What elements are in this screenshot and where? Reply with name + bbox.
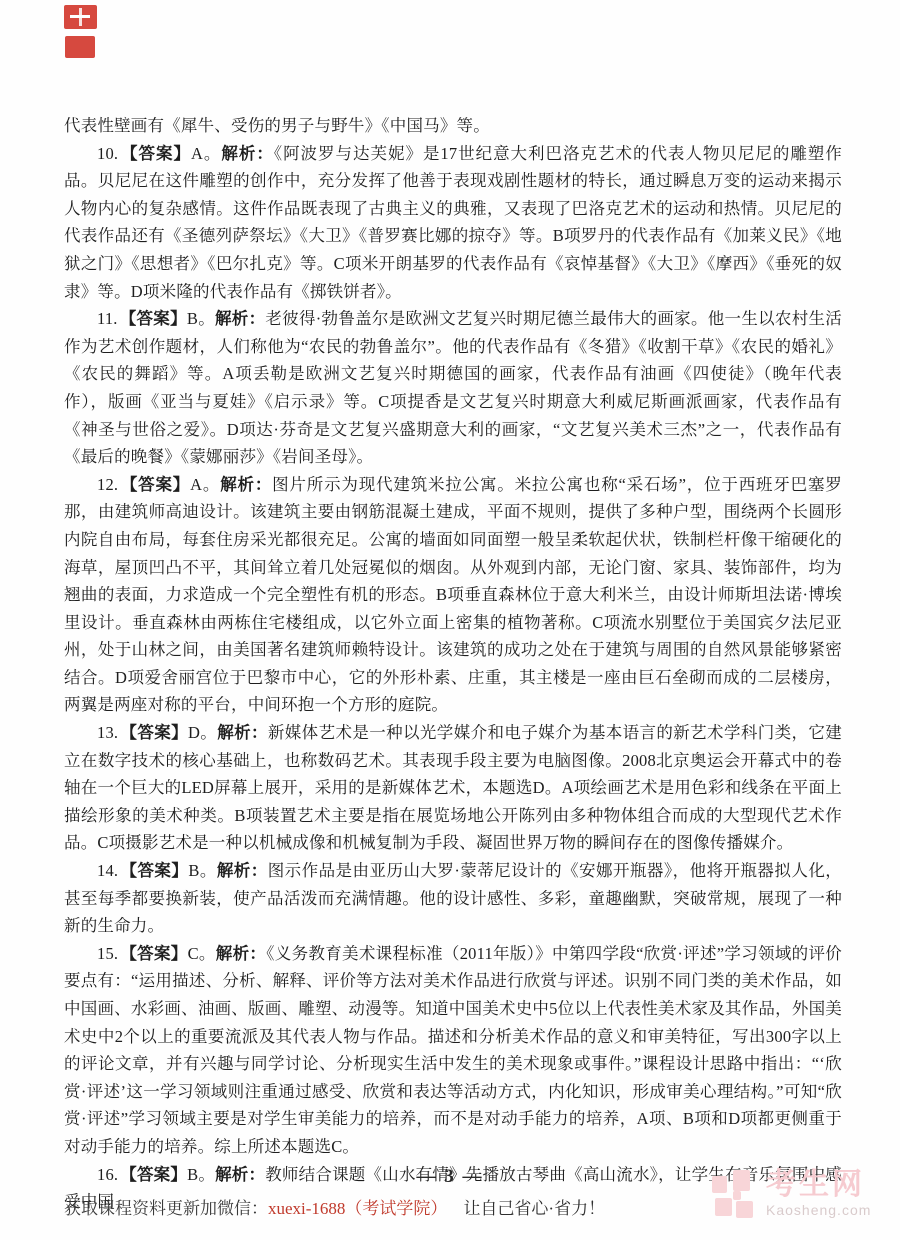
site-name: 考生网 [766, 1170, 871, 1200]
stamp-notch-vertical [79, 8, 82, 26]
answer-label: 【答案】 [120, 144, 191, 163]
analysis-text: 新媒体艺术是一种以光学媒介和电子媒介为基本语言的新艺术学科门类，它建立在数字技术… [64, 723, 842, 852]
analysis-label: 解析： [217, 861, 268, 880]
answer-letter: D。 [188, 723, 217, 742]
site-domain: Kaosheng.com [766, 1203, 871, 1217]
answer-item-13: 13.【答案】D。解析：新媒体艺术是一种以光学媒介和电子媒介为基本语言的新艺术学… [64, 719, 842, 857]
logo-block [733, 1191, 741, 1200]
kaosheng-logo: 考生网 Kaosheng.com [712, 1170, 871, 1222]
footer-promo-line: 获取课程资料更新加微信：xuexi-1688（考试学院）让自己省心·省力！ [64, 1194, 605, 1219]
answer-item-14: 14.【答案】B。解析：图示作品是由亚历山大罗·蒙蒂尼设计的《安娜开瓶器》，他将… [64, 857, 842, 940]
logo-block [733, 1170, 750, 1191]
answer-label: 【答案】 [120, 723, 188, 742]
item-number: 11. [97, 309, 118, 328]
answer-label: 【答案】 [120, 475, 190, 494]
analysis-label: 解析： [221, 144, 273, 163]
footer-prefix: 获取课程资料更新加微信： [64, 1199, 268, 1218]
footer-slogan: 让自己省心·省力！ [463, 1199, 605, 1218]
answer-letter: B。 [188, 861, 216, 880]
stamp-block-bottom [65, 36, 95, 58]
logo-block [712, 1176, 727, 1193]
answer-item-11: 11.【答案】B。解析：老彼得·勃鲁盖尔是欧洲文艺复兴时期尼德兰最伟大的画家。他… [64, 305, 842, 471]
continuation-text: 代表性壁画有《犀牛、受伤的男子与野牛》《中国马》等。 [64, 116, 490, 135]
analysis-text: 《阿波罗与达芙妮》是17世纪意大利巴洛克艺术的代表人物贝尼尼的雕塑作品。贝尼尼在… [64, 144, 842, 301]
answer-label: 【答案】 [120, 944, 187, 963]
item-number: 12. [97, 475, 118, 494]
red-stamp-icon [64, 5, 100, 61]
analysis-label: 解析： [217, 723, 268, 742]
answer-letter: A。 [190, 475, 220, 494]
item-number: 15. [97, 944, 118, 963]
item-number: 10. [97, 144, 118, 163]
answer-item-15: 15.【答案】C。解析：《义务教育美术课程标准（2011年版）》中第四学段“欣赏… [64, 940, 842, 1161]
continuation-paragraph: 代表性壁画有《犀牛、受伤的男子与野牛》《中国马》等。 [64, 112, 842, 140]
answer-label: 【答案】 [120, 861, 188, 880]
analysis-text: 《义务教育美术课程标准（2011年版）》中第四学段“欣赏·评述”学习领域的评价要… [64, 944, 842, 1156]
logo-text: 考生网 Kaosheng.com [766, 1170, 871, 1217]
analysis-text: 图片所示为现代建筑米拉公寓。米拉公寓也称“采石场”，位于西班牙巴塞罗那，由建筑师… [64, 475, 842, 715]
answer-item-12: 12.【答案】A。解析：图片所示为现代建筑米拉公寓。米拉公寓也称“采石场”，位于… [64, 471, 842, 719]
answer-letter: A。 [191, 144, 221, 163]
analysis-label: 解析： [215, 309, 265, 328]
item-number: 14. [97, 861, 118, 880]
answer-letter: B。 [187, 309, 215, 328]
logo-block [736, 1201, 753, 1218]
stamp-block-top [64, 5, 97, 29]
logo-block [715, 1198, 732, 1216]
answer-letter: C。 [188, 944, 216, 963]
answer-item-10: 10.【答案】A。解析：《阿波罗与达芙妮》是17世纪意大利巴洛克艺术的代表人物贝… [64, 140, 842, 306]
footer-wechat-id: xuexi-1688（考试学院） [268, 1199, 447, 1218]
kaosheng-logo-icon [712, 1170, 758, 1222]
item-number: 13. [97, 723, 118, 742]
answers-text-block: 代表性壁画有《犀牛、受伤的男子与野牛》《中国马》等。 10.【答案】A。解析：《… [64, 112, 842, 1216]
analysis-label: 解析： [216, 944, 266, 963]
analysis-label: 解析： [220, 475, 272, 494]
document-page: 代表性壁画有《犀牛、受伤的男子与野牛》《中国马》等。 10.【答案】A。解析：《… [0, 0, 900, 1240]
answer-label: 【答案】 [120, 309, 187, 328]
analysis-text: 老彼得·勃鲁盖尔是欧洲文艺复兴时期尼德兰最伟大的画家。他一生以农村生活作为艺术创… [64, 309, 842, 466]
